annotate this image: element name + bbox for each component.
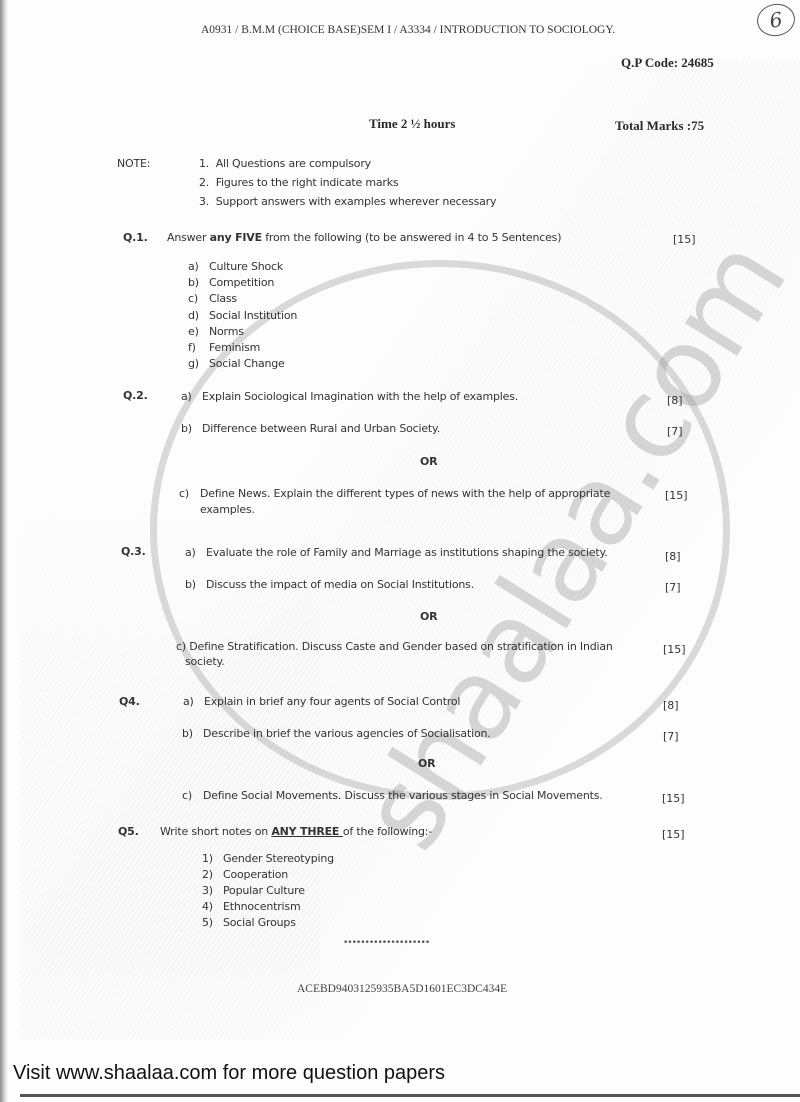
or-divider: OR xyxy=(418,757,435,770)
note-text: Figures to the right indicate marks xyxy=(216,176,399,189)
course-line: A0931 / B.M.M (CHOICE BASE)SEM I / A3334… xyxy=(201,24,615,36)
item-text: Social Institution xyxy=(209,309,297,322)
subquestion-c-continued: society. xyxy=(185,655,224,668)
item-letter: g) xyxy=(188,357,209,370)
item-text: Define News. Explain the different types… xyxy=(200,487,610,500)
scan-edge-shadow xyxy=(0,0,8,1102)
note-num: 3. xyxy=(199,195,209,208)
subquestion-marks: [15] xyxy=(662,792,685,805)
question-text: Write short notes on ANY THREE of the fo… xyxy=(160,825,432,838)
item-letter: a) xyxy=(181,390,202,403)
item-text: Explain Sociological Imagination with th… xyxy=(202,390,518,403)
item-num: 4) xyxy=(202,900,223,913)
page-number: 6 xyxy=(755,1,798,39)
subquestion-marks: [8] xyxy=(667,394,683,407)
item-letter: c) xyxy=(182,789,203,802)
question-marks: [15] xyxy=(662,828,685,841)
exam-duration: Time 2 ½ hours xyxy=(369,116,455,132)
total-marks: Total Marks :75 xyxy=(615,118,704,134)
subquestion-c: c) Define Stratification. Discuss Caste … xyxy=(176,640,613,653)
question-label: Q.1. xyxy=(123,231,148,244)
item-num: 3) xyxy=(202,884,223,897)
subquestion-a: a)Evaluate the role of Family and Marria… xyxy=(185,546,608,559)
subquestion-a: a)Explain Sociological Imagination with … xyxy=(181,390,518,403)
document-hash: ACEBD9403125935BA5D1601EC3DC434E xyxy=(297,983,507,995)
item-letter: a) xyxy=(183,695,204,708)
bottom-rule xyxy=(20,1094,800,1097)
question-label: Q4. xyxy=(119,695,140,708)
item-num: 1) xyxy=(202,852,223,865)
subquestion-b: b)Describe in brief the various agencies… xyxy=(182,727,491,740)
question-label: Q.2. xyxy=(123,389,148,402)
subquestion-c: c)Define Social Movements. Discuss the v… xyxy=(182,789,603,802)
or-divider: OR xyxy=(420,455,437,468)
subquestion-marks: [15] xyxy=(663,643,686,656)
list-item: e)Norms xyxy=(188,325,244,338)
text-part: from the following (to be answered in 4 … xyxy=(262,231,561,244)
item-letter: b) xyxy=(185,578,206,591)
list-item: f)Feminism xyxy=(188,341,260,354)
footer-visit-link[interactable]: Visit www.shaalaa.com for more question … xyxy=(13,1062,445,1085)
note-num: 2. xyxy=(199,176,209,189)
item-letter: e) xyxy=(188,325,209,338)
or-divider: OR xyxy=(420,610,437,623)
item-letter: c) xyxy=(188,292,209,305)
question-marks: [15] xyxy=(673,233,696,246)
subquestion-marks: [15] xyxy=(665,489,688,502)
item-letter: b) xyxy=(182,727,203,740)
qp-code: Q.P Code: 24685 xyxy=(621,55,714,71)
item-text: Define Social Movements. Discuss the var… xyxy=(203,789,603,802)
item-text: Difference between Rural and Urban Socie… xyxy=(202,422,440,435)
subquestion-b: b)Difference between Rural and Urban Soc… xyxy=(181,422,440,435)
item-letter: b) xyxy=(181,422,202,435)
subquestion-marks: [8] xyxy=(663,699,679,712)
list-item: b)Competition xyxy=(188,276,274,289)
text-emphasis: any FIVE xyxy=(210,231,262,244)
note-item: 1. All Questions are compulsory xyxy=(199,157,371,170)
subquestion-a: a)Explain in brief any four agents of So… xyxy=(183,695,460,708)
list-item: c)Class xyxy=(188,292,237,305)
item-text: Social Groups xyxy=(223,916,296,929)
item-text: Gender Stereotyping xyxy=(223,852,334,865)
item-letter: a) xyxy=(185,546,206,559)
list-item: g)Social Change xyxy=(188,357,285,370)
list-item: 3)Popular Culture xyxy=(202,884,305,897)
item-text: Explain in brief any four agents of Soci… xyxy=(204,695,460,708)
note-label: NOTE: xyxy=(117,157,150,170)
subquestion-marks: [7] xyxy=(665,581,681,594)
note-item: 3. Support answers with examples whereve… xyxy=(199,195,496,208)
subquestion-b: b)Discuss the impact of media on Social … xyxy=(185,578,474,591)
subquestion-marks: [7] xyxy=(663,730,679,743)
note-item: 2. Figures to the right indicate marks xyxy=(199,176,398,189)
item-text: Popular Culture xyxy=(223,884,305,897)
item-text: Competition xyxy=(209,276,274,289)
item-text: Norms xyxy=(209,325,244,338)
item-text: Describe in brief the various agencies o… xyxy=(203,727,491,740)
list-item: 2)Cooperation xyxy=(202,868,288,881)
question-paper-page: shaalaa.com A0931 / B.M.M (CHOICE BASE)S… xyxy=(0,0,800,1102)
item-letter: a) xyxy=(188,260,209,273)
end-of-paper-marker: •••••••••••••••••••• xyxy=(343,938,429,948)
text-part: of the following:- xyxy=(343,825,432,838)
item-text: Ethnocentrism xyxy=(223,900,300,913)
subquestion-c-continued: examples. xyxy=(200,503,255,516)
text-emphasis: ANY THREE xyxy=(271,825,343,838)
question-label: Q.3. xyxy=(121,545,146,558)
question-label: Q5. xyxy=(118,825,139,838)
item-text: Feminism xyxy=(209,341,260,354)
item-letter: d) xyxy=(188,309,209,322)
note-num: 1. xyxy=(199,157,209,170)
subquestion-marks: [8] xyxy=(665,550,681,563)
note-text: Support answers with examples wherever n… xyxy=(216,195,497,208)
list-item: d)Social Institution xyxy=(188,309,297,322)
item-text: Culture Shock xyxy=(209,260,283,273)
item-text: Evaluate the role of Family and Marriage… xyxy=(206,546,608,559)
item-letter: f) xyxy=(188,341,209,354)
item-num: 5) xyxy=(202,916,223,929)
list-item: a)Culture Shock xyxy=(188,260,283,273)
text-part: Write short notes on xyxy=(160,825,271,838)
item-text: Cooperation xyxy=(223,868,288,881)
item-letter: c) xyxy=(179,487,200,500)
list-item: 4)Ethnocentrism xyxy=(202,900,300,913)
item-text: Class xyxy=(209,292,237,305)
question-text: Answer any FIVE from the following (to b… xyxy=(167,231,561,244)
subquestion-c: c)Define News. Explain the different typ… xyxy=(179,487,610,500)
item-text: Discuss the impact of media on Social In… xyxy=(206,578,474,591)
list-item: 1)Gender Stereotyping xyxy=(202,852,334,865)
item-text: Social Change xyxy=(209,357,285,370)
subquestion-marks: [7] xyxy=(667,425,683,438)
list-item: 5)Social Groups xyxy=(202,916,296,929)
text-part: Answer xyxy=(167,231,210,244)
note-text: All Questions are compulsory xyxy=(216,157,371,170)
item-num: 2) xyxy=(202,868,223,881)
item-letter: b) xyxy=(188,276,209,289)
